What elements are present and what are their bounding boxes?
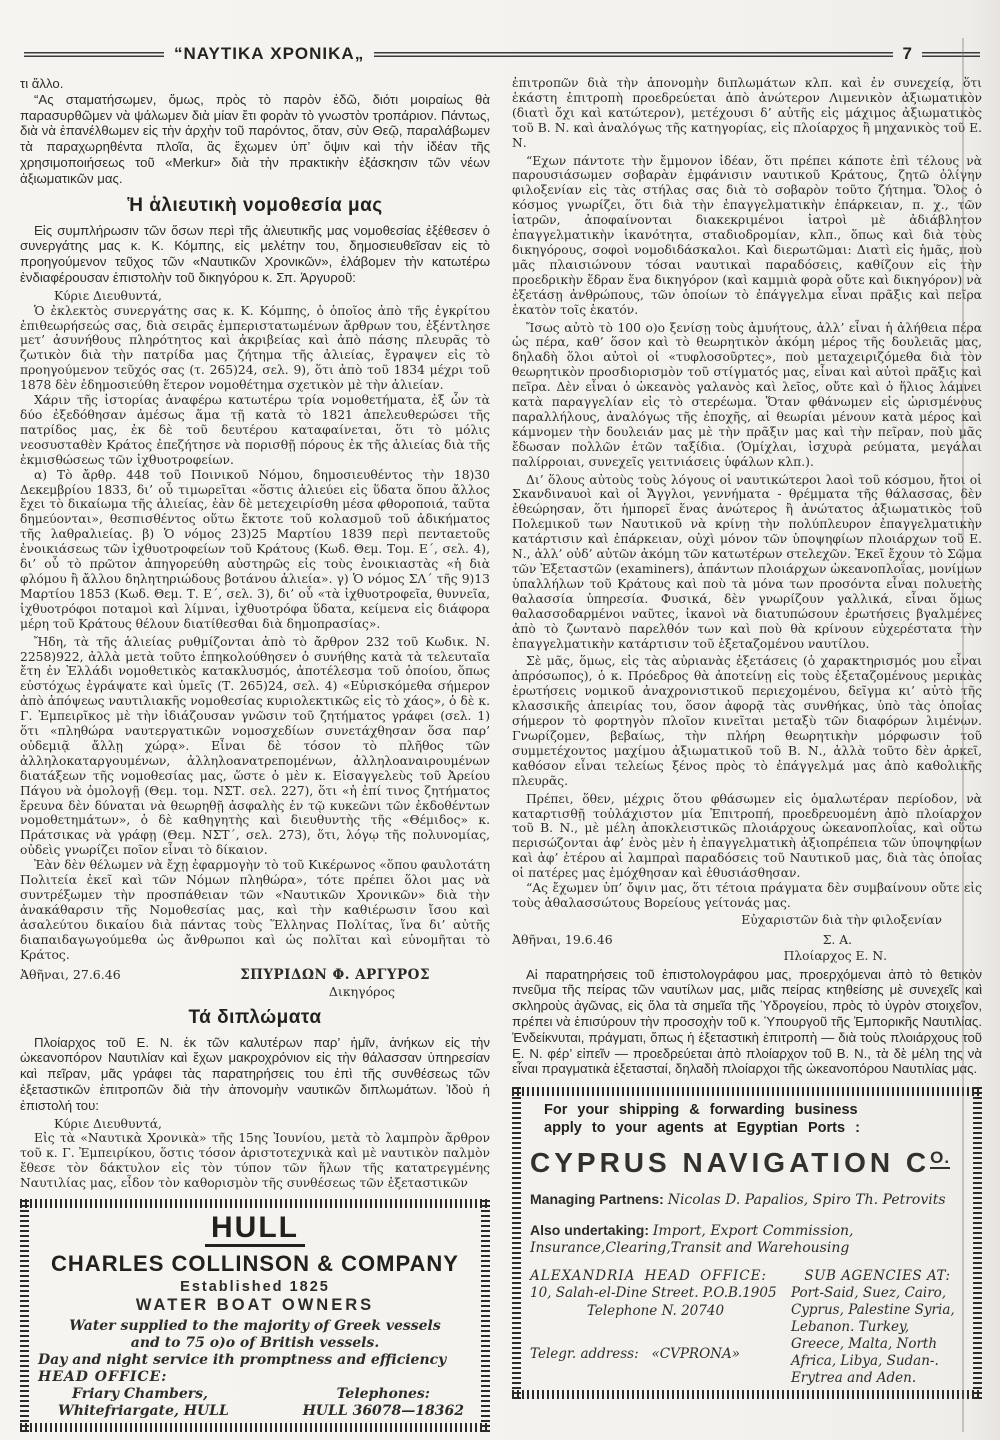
cyprus-ad-telegraph-row: Telegr. address: «CVPRONA» bbox=[530, 1346, 781, 1363]
cyprus-ad-telegraph-value: «CVPRONA» bbox=[652, 1346, 740, 1362]
ad-border-bottom bbox=[20, 1423, 490, 1432]
letter-paragraph: Ἤδη, τὰ τῆς ἁλιείας ρυθμίζονται ἀπὸ τὸ ἄ… bbox=[20, 635, 490, 859]
letter-paragraph: Ἐὰν δὲν θέλωμεν νὰ ἔχῃ ἐφαρμογὴν τὸ τοῦ … bbox=[20, 858, 490, 962]
signature-role: Πλοίαρχος Ε. Ν. bbox=[512, 949, 982, 964]
ad-border-bottom bbox=[512, 1390, 982, 1399]
hull-ad-tel-label: Telephones: bbox=[303, 1386, 464, 1403]
letter-paragraph: Εἰς τὰ «Ναυτικὰ Χρονικὰ» τῆς 15ης Ἰουνίο… bbox=[20, 1131, 490, 1191]
ad-border-left bbox=[20, 1199, 29, 1432]
cyprus-ad-head-office-block: ALEXANDRIA HEAD OFFICE: 10, Salah-el-Din… bbox=[530, 1268, 781, 1387]
section-heading-fishing-legislation: Ἡ ἁλιευτικὴ νομοθεσία μας bbox=[20, 195, 490, 217]
letter-paragraph: Δι’ ὅλους αὐτοὺς τοὺς λόγους οἱ ναυτικώτ… bbox=[512, 473, 982, 652]
letter-paragraph: Χάριν τῆς ἱστορίας ἀναφέρω κατωτέρω τρία… bbox=[20, 393, 490, 468]
letter-date: Ἀθῆναι, 27.6.46 bbox=[20, 967, 121, 982]
signature-block: Ἀθῆναι, 27.6.46 ΣΠΥΡΙΔΩΝ Φ. ΑΡΓΥΡΟΣ bbox=[20, 967, 490, 983]
cyprus-ad-address: 10, Salah-el-Dine Street. P.O.B.1905 bbox=[530, 1285, 781, 1302]
letter-closing: Εὐχαριστῶν διὰ τὴν φιλοξενίαν bbox=[512, 913, 982, 928]
ad-border-top bbox=[512, 1087, 982, 1096]
cyprus-ad-sub-agencies-block: SUB AGENCIES AT: Port-Said, Suez, Cairo,… bbox=[791, 1268, 964, 1387]
hull-ad-subtitle: WATER BOAT OWNERS bbox=[38, 1296, 472, 1315]
letter-paragraph: Σὲ μᾶς, ὅμως, εἰς τὰς αὐριανὰς ἐξετάσεις… bbox=[512, 654, 982, 788]
letter-paragraph: “Εχων πάντοτε τὴν ἔμμονον ἰδέαν, ὅτι πρέ… bbox=[512, 154, 982, 318]
hull-ad-established: Established 1825 bbox=[38, 1279, 472, 1295]
signature-block: Ἀθῆναι, 19.6.46 Σ. Α. bbox=[512, 932, 982, 948]
cyprus-navigation-advertisement: For your shipping & forwarding business … bbox=[512, 1087, 982, 1399]
ad-border-right bbox=[973, 1087, 982, 1399]
header-rule-mid bbox=[374, 52, 892, 57]
section-heading-diplomas: Τά διπλώματα bbox=[20, 1007, 490, 1029]
hull-ad-tel-value: HULL 36078—18362 bbox=[303, 1403, 464, 1420]
hull-ad-telephones: Telephones: HULL 36078—18362 bbox=[303, 1386, 464, 1420]
page-number: 7 bbox=[903, 44, 912, 64]
header-rule-right bbox=[922, 52, 980, 57]
hull-ad-contact-row: Friary Chambers, Whitefriargate, HULL Te… bbox=[38, 1386, 472, 1420]
left-column: τι ἄλλο. “Ας σταματήσωμεν, ὅμως, πρὸς τὸ… bbox=[20, 76, 490, 1432]
cyprus-ad-partners-value: Nicolas D. Papalios, Spiro Th. Petrovits bbox=[668, 1192, 946, 1208]
signature-role: Δικηγόρος bbox=[20, 984, 490, 999]
intro-paragraph: “Ας σταματήσωμεν, ὅμως, πρὸς τὸ παρὸν ἐδ… bbox=[20, 92, 490, 187]
ad-border-right bbox=[481, 1199, 490, 1432]
cyprus-ad-contacts: ALEXANDRIA HEAD OFFICE: 10, Salah-el-Din… bbox=[530, 1268, 964, 1387]
editorial-intro-paragraph: Εἰς συμπλήρωσιν τῶν ὅσων περὶ τῆς ἁλιευτ… bbox=[20, 223, 490, 286]
letter-paragraph: Ἴσως αὐτὸ τὸ 100 ο)ο ξενίσῃ τοὺς ἀμυήτου… bbox=[512, 321, 982, 470]
magazine-page: “ΝΑΥΤΙΚΑ ΧΡΟΝΙΚΑ„ 7 τι ἄλλο. “Ας σταματή… bbox=[0, 0, 1000, 1440]
cyprus-ad-head-office: ALEXANDRIA HEAD OFFICE: bbox=[530, 1268, 781, 1285]
magazine-title: “ΝΑΥΤΙΚΑ ΧΡΟΝΙΚΑ„ bbox=[174, 44, 364, 64]
cyprus-ad-telegraph-label: Telegr. address: bbox=[530, 1346, 639, 1362]
header-rule-left bbox=[24, 52, 164, 57]
cyprus-ad-tagline-line1: For your shipping & forwarding business bbox=[530, 1101, 964, 1119]
ad-border-left bbox=[512, 1087, 521, 1399]
cyprus-ad-phone: Telephone N. 20740 bbox=[530, 1303, 781, 1320]
editorial-note-paragraph: Αἱ παρατηρήσεις τοῦ ἐπιστολογράφου μας, … bbox=[512, 967, 982, 1078]
cyprus-ad-sub-agencies-list: Port-Said, Suez, Cairo, Cyprus, Palestin… bbox=[791, 1285, 964, 1387]
hull-ad-address: Friary Chambers, Whitefriargate, HULL bbox=[46, 1386, 229, 1420]
letter-paragraph: Πρέπει, ὅθεν, μέχρις ὅτου φθάσωμεν εἰς ὁ… bbox=[512, 792, 982, 881]
hull-ad-address-line2: Whitefriargate, HULL bbox=[46, 1403, 229, 1420]
cyprus-ad-company-name: CYPRUS NAVIGATION CO. bbox=[530, 1147, 964, 1179]
cyprus-ad-sub-agencies-label: SUB AGENCIES AT: bbox=[791, 1268, 964, 1285]
scan-artifact-line bbox=[962, 38, 964, 1432]
hull-ad-line3: Day and night service ith promptness and… bbox=[38, 1352, 472, 1369]
editorial-intro-paragraph: Πλοίαρχος τοῦ Ε. Ν. ἐκ τῶν καλυτέρων παρ… bbox=[20, 1035, 490, 1114]
cyprus-ad-undertaking-label: Also undertaking: bbox=[530, 1222, 649, 1238]
letter-date: Ἀθῆναι, 19.6.46 bbox=[512, 932, 613, 947]
hull-ad-title: HULL bbox=[38, 1213, 472, 1247]
hull-ad-company: CHARLES COLLINSON & COMPANY bbox=[38, 1251, 472, 1277]
ad-border-top bbox=[20, 1199, 490, 1208]
hull-ad-address-line1: Friary Chambers, bbox=[46, 1386, 229, 1403]
letter-salutation: Κύριε Διευθυντά, bbox=[20, 1117, 490, 1132]
letter-salutation: Κύριε Διευθυντά, bbox=[20, 289, 490, 304]
cyprus-ad-partners-row: Managing Partnens: Nicolas D. Papalios, … bbox=[530, 1191, 964, 1208]
letter-paragraph: α) Τὸ ἄρθρ. 448 τοῦ Ποινικοῦ Νόμου, δημο… bbox=[20, 468, 490, 632]
hull-ad-line1: Water supplied to the majority of Greek … bbox=[38, 1318, 472, 1335]
continuation-fragment: τι ἄλλο. bbox=[20, 76, 490, 92]
cyprus-ad-partners-label: Managing Partnens: bbox=[530, 1191, 664, 1207]
signature-name: ΣΠΥΡΙΔΩΝ Φ. ΑΡΓΥΡΟΣ bbox=[240, 967, 490, 983]
hull-ad-line2: and to 75 o)o of British vessels. bbox=[38, 1335, 472, 1352]
masthead: “ΝΑΥΤΙΚΑ ΧΡΟΝΙΚΑ„ 7 bbox=[0, 0, 1000, 64]
letter-paragraph: “Ας ἔχωμεν ὑπ’ ὄψιν μας, ὅτι τέτοια πράγ… bbox=[512, 881, 982, 911]
letter-paragraph: ἐπιτροπῶν διὰ τὴν ἀπονομὴν διπλωμάτων κλ… bbox=[512, 76, 982, 151]
hull-ad-head-office-label: HEAD OFFICE: bbox=[38, 1369, 472, 1386]
signature-initials: Σ. Α. bbox=[823, 933, 982, 948]
two-column-layout: τι ἄλλο. “Ας σταματήσωμεν, ὅμως, πρὸς τὸ… bbox=[0, 64, 1000, 1440]
cyprus-ad-undertaking-row: Also undertaking: Import, Export Commiss… bbox=[530, 1222, 964, 1256]
letter-paragraph: Ὁ ἐκλεκτὸς συνεργάτης σας κ. Κ. Κόμπης, … bbox=[20, 304, 490, 393]
cyprus-ad-tagline-line2: apply to your agents at Egyptian Ports : bbox=[530, 1119, 964, 1137]
hull-advertisement: HULL CHARLES COLLINSON & COMPANY Establi… bbox=[20, 1199, 490, 1432]
right-column: ἐπιτροπῶν διὰ τὴν ἀπονομὴν διπλωμάτων κλ… bbox=[512, 76, 982, 1432]
